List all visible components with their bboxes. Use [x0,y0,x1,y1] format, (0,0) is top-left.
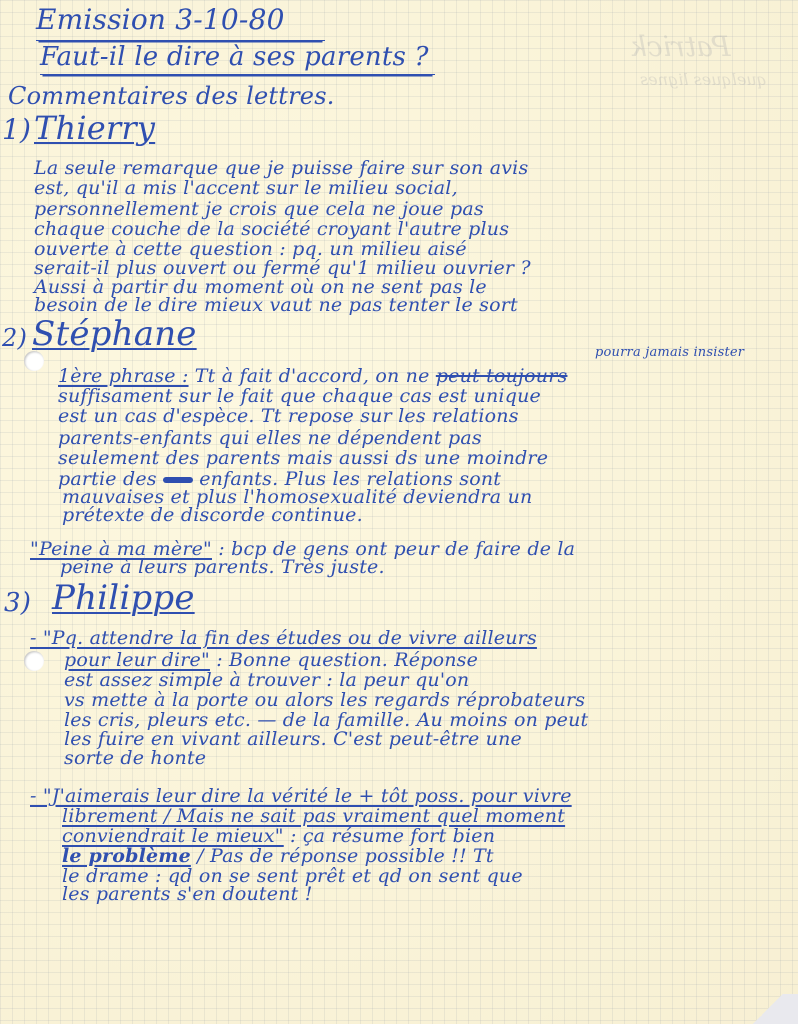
text-line: les parents s'en doutent ! [62,882,313,906]
section-name-stephane: Stéphane [32,316,197,352]
section-number-3: 3) [4,585,31,621]
text-line: sorte de honte [64,746,206,770]
ink-blot [163,477,193,483]
section-name-thierry: Thierry [34,110,155,146]
section-name-philippe: Philippe [52,580,195,616]
text-line: est un cas d'espèce. Tt repose sur les r… [58,404,519,428]
punch-hole [24,651,44,671]
bleed-through-text: quelques lignes [640,70,767,89]
section-number-2: 2) [2,320,27,356]
text-line: peine à leurs parents. Très juste. [60,555,385,579]
document-subtitle: Faut-il le dire à ses parents ? [40,42,435,75]
quote-line: - "Pq. attendre la fin des études ou de … [30,626,537,650]
inserted-correction: pourra jamais insister [595,345,744,360]
document-title: Emission 3-10-80 [36,2,325,41]
section-number-1: 1) [2,112,31,148]
page-corner [738,994,798,1024]
intro-line: Commentaires des lettres. [8,82,335,110]
text-line: prétexte de discorde continue. [62,503,363,527]
bleed-through-text: Patrick [630,30,731,63]
